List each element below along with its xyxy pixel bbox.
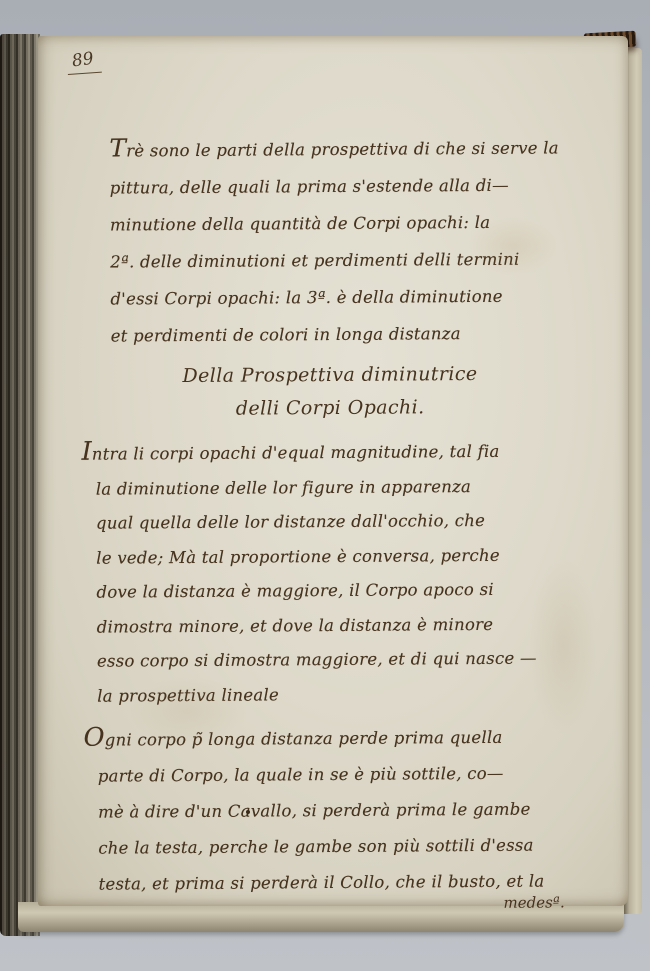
book-left-page-edges: [0, 34, 40, 936]
manuscript-line: minutione della quantità de Corpi opachi…: [110, 203, 564, 243]
paragraph-1: Trè sono le parti della prospettiva di c…: [109, 126, 565, 354]
manuscript-line: pittura, delle quali la prima s'estende …: [110, 166, 564, 206]
paragraph-3: Ogni corpo p̃ longa distanza perde prima…: [97, 716, 568, 902]
manuscript-text-block: Trè sono le parti della prospettiva di c…: [93, 126, 568, 914]
manuscript-line: Intra li corpi opachi d'equal magnitudin…: [81, 431, 565, 472]
manuscript-line: testa, et prima si perderà il Collo, che…: [98, 863, 568, 902]
manuscript-line: 2ª. delle diminutioni et perdimenti dell…: [110, 240, 564, 280]
manuscript-line: le vede; Mà tal proportione è conversa, …: [96, 538, 566, 576]
manuscript-line: la diminutione delle lor figure in appar…: [96, 469, 566, 507]
folio-number: 89: [71, 49, 95, 72]
manuscript-line: parte di Corpo, la quale in se è più sot…: [98, 755, 568, 794]
heading-line-2: delli Corpi Opachi.: [95, 390, 565, 426]
manuscript-line: che la testa, perche le gambe son più so…: [98, 827, 568, 866]
paragraph-2: Intra li corpi opachi d'equal magnitudin…: [95, 431, 567, 713]
manuscript-line: esso corpo si dimostra maggiore, et di q…: [97, 641, 567, 679]
manuscript-line: qual quella delle lor distanze dall'occh…: [96, 503, 566, 541]
manuscript-line: Trè sono le parti della prospettiva di c…: [109, 126, 563, 169]
manuscript-line: dove la distanza è maggiore, il Corpo ap…: [96, 572, 566, 610]
manuscript-line: la prospettiva lineale: [97, 676, 567, 714]
manuscript-book: 89 Trè sono le parti della prospettiva d…: [0, 30, 644, 932]
heading-line-1: Della Prospettiva diminutrice: [95, 357, 565, 393]
manuscript-line: et perdimenti de colori in longa distanz…: [111, 314, 565, 354]
manuscript-line: Ogni corpo p̃ longa distanza perde prima…: [83, 716, 567, 758]
photograph-backdrop: 89 Trè sono le parti della prospettiva d…: [0, 0, 650, 971]
manuscript-line: dimostra minore, et dove la distanza è m…: [97, 607, 567, 645]
manuscript-line: d'essi Corpi opachi: la 3ª. è della dimi…: [110, 277, 564, 317]
manuscript-page: 89 Trè sono le parti della prospettiva d…: [38, 36, 628, 906]
section-heading: Della Prospettiva diminutrice delli Corp…: [95, 357, 565, 426]
ink-dot: [246, 810, 250, 814]
manuscript-line: mè à dire d'un Cavallo, si perderà prima…: [98, 791, 568, 830]
